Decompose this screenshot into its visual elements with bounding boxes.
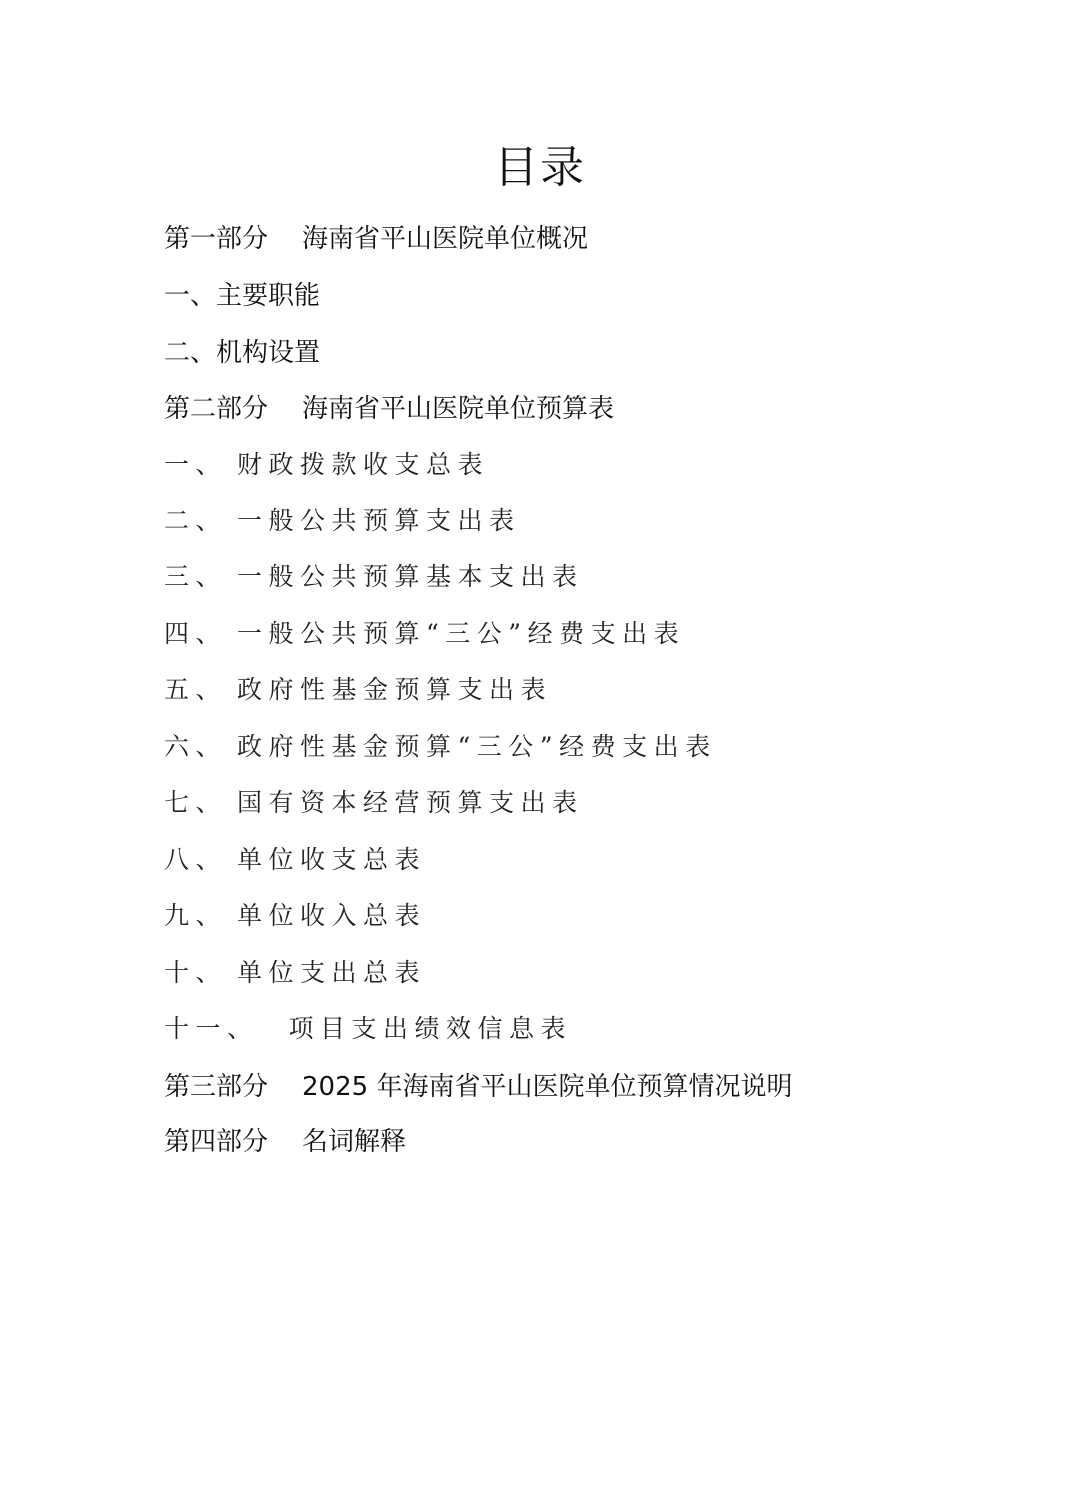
document-page: 目录 第一部分海南省平山医院单位概况 一、主要职能 二、机构设置 第二部分海南省… — [0, 0, 1080, 1512]
item-title: 政府性基金预算支出表 — [237, 675, 552, 704]
part-title: 2025 年海南省平山医院单位预算情况说明 — [302, 1072, 792, 1102]
toc-item-2[interactable]: 二、一般公共预算支出表 — [164, 501, 521, 541]
item-number: 七、 — [164, 788, 227, 817]
toc-item-10[interactable]: 十、单位支出总表 — [164, 953, 426, 993]
page-title: 目录 — [0, 138, 1080, 198]
toc-item-3[interactable]: 三、一般公共预算基本支出表 — [164, 557, 584, 597]
part-number: 第二部分 — [164, 389, 268, 429]
item-number: 三、 — [164, 562, 227, 591]
item-number: 九、 — [164, 901, 227, 930]
item-number: 一、 — [164, 450, 227, 479]
part-number: 第四部分 — [164, 1122, 268, 1162]
toc-section-main-functions[interactable]: 一、主要职能 — [164, 276, 320, 316]
toc-item-6[interactable]: 六、政府性基金预算“三公”经费支出表 — [164, 727, 717, 767]
part-title: 海南省平山医院单位预算表 — [302, 394, 614, 424]
item-number: 二、 — [164, 506, 227, 535]
toc-item-11[interactable]: 十一、项目支出绩效信息表 — [164, 1009, 572, 1049]
part-number: 第三部分 — [164, 1067, 268, 1107]
item-number: 六、 — [164, 732, 227, 761]
item-number: 十、 — [164, 958, 227, 987]
section-title: 二、机构设置 — [164, 338, 320, 368]
item-number: 十一、 — [164, 1014, 259, 1043]
item-title: 国有资本经营预算支出表 — [237, 788, 584, 817]
part-title: 海南省平山医院单位概况 — [302, 224, 588, 254]
part-number: 第一部分 — [164, 219, 268, 259]
toc-section-organization[interactable]: 二、机构设置 — [164, 333, 320, 373]
item-title: 单位支出总表 — [237, 958, 426, 987]
toc-item-7[interactable]: 七、国有资本经营预算支出表 — [164, 783, 584, 823]
toc-part-3[interactable]: 第三部分2025 年海南省平山医院单位预算情况说明 — [164, 1067, 792, 1107]
toc-item-8[interactable]: 八、单位收支总表 — [164, 840, 426, 880]
item-title: 一般公共预算基本支出表 — [237, 562, 584, 591]
item-title: 单位收入总表 — [237, 901, 426, 930]
item-title: 一般公共预算支出表 — [237, 506, 521, 535]
item-number: 八、 — [164, 845, 227, 874]
item-title: 政府性基金预算“三公”经费支出表 — [237, 732, 717, 761]
part-title: 名词解释 — [302, 1127, 406, 1157]
toc-part-4[interactable]: 第四部分名词解释 — [164, 1122, 406, 1162]
item-title: 财政拨款收支总表 — [237, 450, 489, 479]
toc-item-4[interactable]: 四、一般公共预算“三公”经费支出表 — [164, 614, 685, 654]
toc-item-1[interactable]: 一、财政拨款收支总表 — [164, 445, 489, 485]
item-title: 项目支出绩效信息表 — [289, 1014, 573, 1043]
section-title: 一、主要职能 — [164, 281, 320, 311]
toc-item-9[interactable]: 九、单位收入总表 — [164, 896, 426, 936]
toc-part-1[interactable]: 第一部分海南省平山医院单位概况 — [164, 219, 588, 259]
item-number: 五、 — [164, 675, 227, 704]
item-title: 一般公共预算“三公”经费支出表 — [237, 619, 685, 648]
item-number: 四、 — [164, 619, 227, 648]
item-title: 单位收支总表 — [237, 845, 426, 874]
toc-part-2[interactable]: 第二部分海南省平山医院单位预算表 — [164, 389, 614, 429]
toc-item-5[interactable]: 五、政府性基金预算支出表 — [164, 670, 552, 710]
